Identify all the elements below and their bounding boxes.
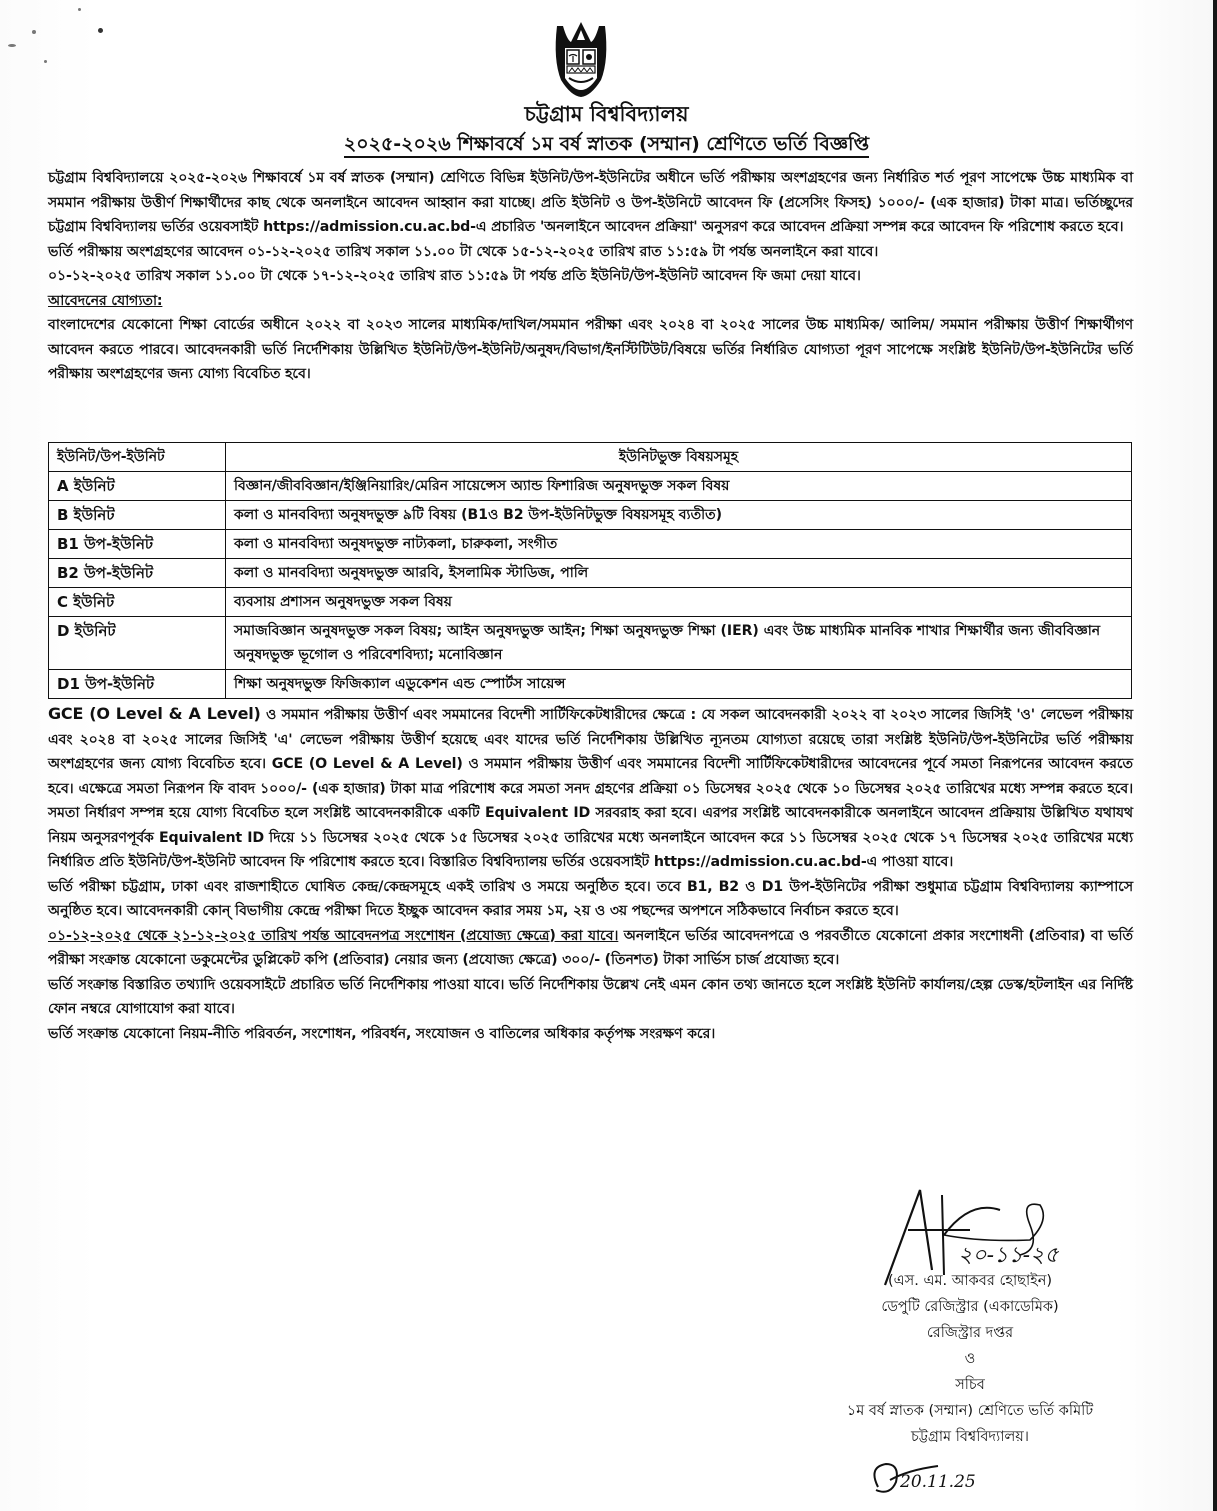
admission-website-link[interactable]: https://admission.cu.ac.bd	[654, 854, 861, 870]
table-row: B1 উপ-ইউনিটকলা ও মানববিদ্যা অনুষদভুক্ত ন…	[49, 530, 1132, 559]
signatory-name: (এস. এম. আকবর হোছাইন)	[760, 1268, 1180, 1294]
gce-paragraph: GCE (O Level & A Level) ও সমমান পরীক্ষায…	[48, 702, 1133, 875]
subjects-cell: কলা ও মানববিদ্যা অনুষদভুক্ত নাট্যকলা, চা…	[226, 530, 1132, 559]
notice-page: চট্টগ্রাম বিশ্ববিদ্যালয় ২০২৫-২০২৬ শিক্ষ…	[0, 0, 1213, 1511]
table-row: A ইউনিটবিজ্ঞান/জীববিজ্ঞান/ইঞ্জিনিয়ারিং/…	[49, 472, 1132, 501]
university-name: চট্টগ্রাম বিশ্ববিদ্যালয়	[0, 98, 1213, 133]
units-table: ইউনিট/উপ-ইউনিট ইউনিটভুক্ত বিষয়সমূহ A ইউ…	[48, 442, 1132, 699]
unit-column-header: ইউনিট/উপ-ইউনিট	[49, 443, 226, 472]
details-info-paragraph: ভর্তি সংক্রান্ত বিস্তারিত তথ্যাদি ওয়েবস…	[48, 973, 1133, 1022]
subjects-cell: ব্যবসায় প্রশাসন অনুষদভুক্ত সকল বিষয়	[226, 588, 1132, 617]
table-row: B2 উপ-ইউনিটকলা ও মানববিদ্যা অনুষদভুক্ত আ…	[49, 559, 1132, 588]
scan-edge	[1213, 0, 1217, 1511]
university-crest-icon	[551, 20, 611, 98]
fee-schedule: ০১-১২-২০২৫ তারিখ সকাল ১১.০০ টা থেকে ১৭-১…	[48, 264, 1133, 289]
table-row: B ইউনিটকলা ও মানববিদ্যা অনুষদভুক্ত ৯টি ব…	[49, 501, 1132, 530]
unit-cell: D1 উপ-ইউনিট	[49, 670, 226, 699]
eligibility-heading: আবেদনের যোগ্যতা:	[48, 289, 1133, 314]
unit-cell: B2 উপ-ইউনিট	[49, 559, 226, 588]
signatory-designation: ডেপুটি রেজিস্ট্রার (একাডেমিক)	[760, 1294, 1180, 1320]
signatory-role: সচিব	[760, 1372, 1180, 1398]
subjects-cell: সমাজবিজ্ঞান অনুষদভুক্ত সকল বিষয়; আইন অন…	[226, 617, 1132, 670]
application-schedule: ভর্তি পরীক্ষায় অংশগ্রহণের আবেদন ০১-১২-২…	[48, 240, 1133, 265]
notice-title: ২০২৫-২০২৬ শিক্ষাবর্ষে ১ম বর্ষ স্নাতক (সম…	[0, 130, 1213, 162]
admission-website-link[interactable]: https://admission.cu.ac.bd	[263, 219, 470, 235]
subjects-column-header: ইউনিটভুক্ত বিষয়সমূহ	[226, 443, 1132, 472]
signatory-university: চট্টগ্রাম বিশ্ববিদ্যালয়।	[760, 1424, 1180, 1450]
unit-cell: A ইউনিট	[49, 472, 226, 501]
subjects-cell: শিক্ষা অনুষদভুক্ত ফিজিক্যাল এডুকেশন এন্ড…	[226, 670, 1132, 699]
signatory-office: রেজিস্ট্রার দপ্তর	[760, 1320, 1180, 1346]
units-table-header: ইউনিট/উপ-ইউনিট ইউনিটভুক্ত বিষয়সমূহ	[49, 443, 1132, 472]
unit-cell: B ইউনিট	[49, 501, 226, 530]
intro-section: চট্টগ্রাম বিশ্ববিদ্যালয়ে ২০২৫-২০২৬ শিক্…	[48, 166, 1133, 387]
unit-cell: C ইউনিট	[49, 588, 226, 617]
correction-paragraph: ০১-১২-২০২৫ থেকে ২১-১২-২০২৫ তারিখ পর্যন্ত…	[48, 924, 1133, 973]
subjects-cell: বিজ্ঞান/জীববিজ্ঞান/ইঞ্জিনিয়ারিং/মেরিন স…	[226, 472, 1132, 501]
exam-centers-paragraph: ভর্তি পরীক্ষা চট্টগ্রাম, ঢাকা এবং রাজশাহ…	[48, 875, 1133, 924]
signatory-committee: ১ম বর্ষ স্নাতক (সম্মান) শ্রেণিতে ভর্তি ক…	[760, 1398, 1180, 1424]
table-row: C ইউনিটব্যবসায় প্রশাসন অনুষদভুক্ত সকল ব…	[49, 588, 1132, 617]
subjects-cell: কলা ও মানববিদ্যা অনুষদভুক্ত ৯টি বিষয় (B…	[226, 501, 1132, 530]
intro-paragraph: চট্টগ্রাম বিশ্ববিদ্যালয়ে ২০২৫-২০২৬ শিক্…	[48, 166, 1133, 240]
authority-rights-paragraph: ভর্তি সংক্রান্ত যেকোনো নিয়ম-নীতি পরিবর্…	[48, 1022, 1133, 1047]
subjects-cell: কলা ও মানববিদ্যা অনুষদভুক্ত আরবি, ইসলামি…	[226, 559, 1132, 588]
unit-cell: D ইউনিট	[49, 617, 226, 670]
gce-section: GCE (O Level & A Level) ও সমমান পরীক্ষায…	[48, 702, 1133, 1046]
initials-date: 20.11.25	[900, 1472, 976, 1492]
table-row: D1 উপ-ইউনিটশিক্ষা অনুষদভুক্ত ফিজিক্যাল এ…	[49, 670, 1132, 699]
signatory-conjunction: ও	[760, 1346, 1180, 1372]
eligibility-paragraph: বাংলাদেশের যেকোনো শিক্ষা বোর্ডের অধীনে ২…	[48, 313, 1133, 387]
unit-cell: B1 উপ-ইউনিট	[49, 530, 226, 559]
signatory-block: (এস. এম. আকবর হোছাইন) ডেপুটি রেজিস্ট্রার…	[760, 1268, 1180, 1450]
table-row: D ইউনিটসমাজবিজ্ঞান অনুষদভুক্ত সকল বিষয়;…	[49, 617, 1132, 670]
